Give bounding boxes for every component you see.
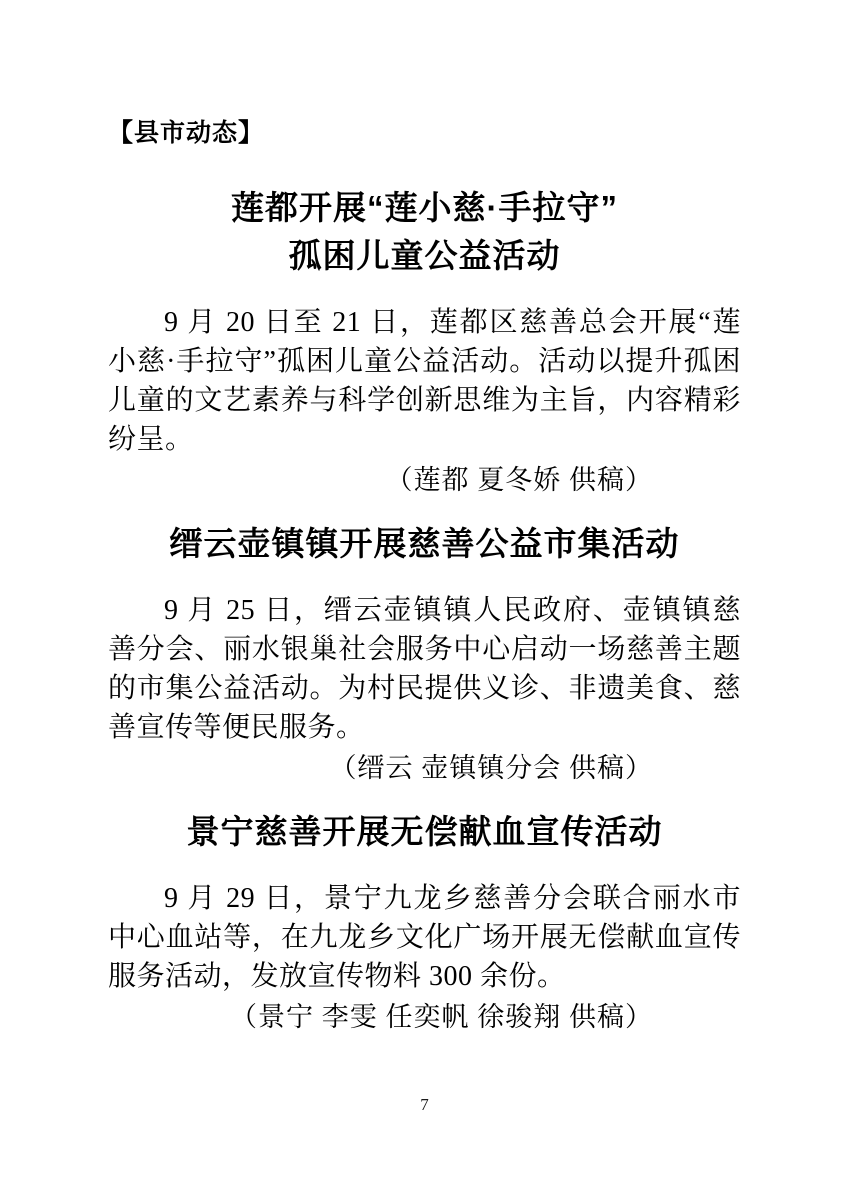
page-footer: 7 [0,1094,849,1116]
article-title-line-2: 孤困儿童公益活动 [108,232,741,280]
article-liandu: 莲都开展“莲小慈·手拉守” 孤困儿童公益活动 9 月 20 日至 21 日，莲都… [108,184,741,500]
article-body: 9 月 25 日，缙云壶镇镇人民政府、壶镇镇慈善分会、丽水银巢社会服务中心启动一… [108,591,741,747]
article-attribution: （缙云 壶镇镇分会 供稿） [108,748,741,788]
article-title-line-1: 景宁慈善开展无偿献血宣传活动 [108,808,741,856]
article-attribution: （景宁 李雯 任奕帆 徐骏翔 供稿） [108,997,741,1037]
article-title: 莲都开展“莲小慈·手拉守” 孤困儿童公益活动 [108,184,741,280]
document-page: 【县市动态】 莲都开展“莲小慈·手拉守” 孤困儿童公益活动 9 月 20 日至 … [0,0,849,1200]
article-title: 景宁慈善开展无偿献血宣传活动 [108,808,741,856]
article-attribution: （莲都 夏冬娇 供稿） [108,460,741,500]
article-title-line-1: 缙云壶镇镇开展慈善公益市集活动 [108,520,741,568]
page-number: 7 [420,1095,429,1114]
article-title-line-1: 莲都开展“莲小慈·手拉守” [108,184,741,232]
article-jingning: 景宁慈善开展无偿献血宣传活动 9 月 29 日，景宁九龙乡慈善分会联合丽水市中心… [108,808,741,1037]
article-body: 9 月 29 日，景宁九龙乡慈善分会联合丽水市中心血站等，在九龙乡文化广场开展无… [108,879,741,996]
article-body: 9 月 20 日至 21 日，莲都区慈善总会开展“莲小慈·手拉守”孤困儿童公益活… [108,303,741,459]
page-content: 【县市动态】 莲都开展“莲小慈·手拉守” 孤困儿童公益活动 9 月 20 日至 … [0,0,849,1037]
article-jinyun: 缙云壶镇镇开展慈善公益市集活动 9 月 25 日，缙云壶镇镇人民政府、壶镇镇慈善… [108,520,741,788]
article-title: 缙云壶镇镇开展慈善公益市集活动 [108,520,741,568]
section-header: 【县市动态】 [108,118,741,148]
